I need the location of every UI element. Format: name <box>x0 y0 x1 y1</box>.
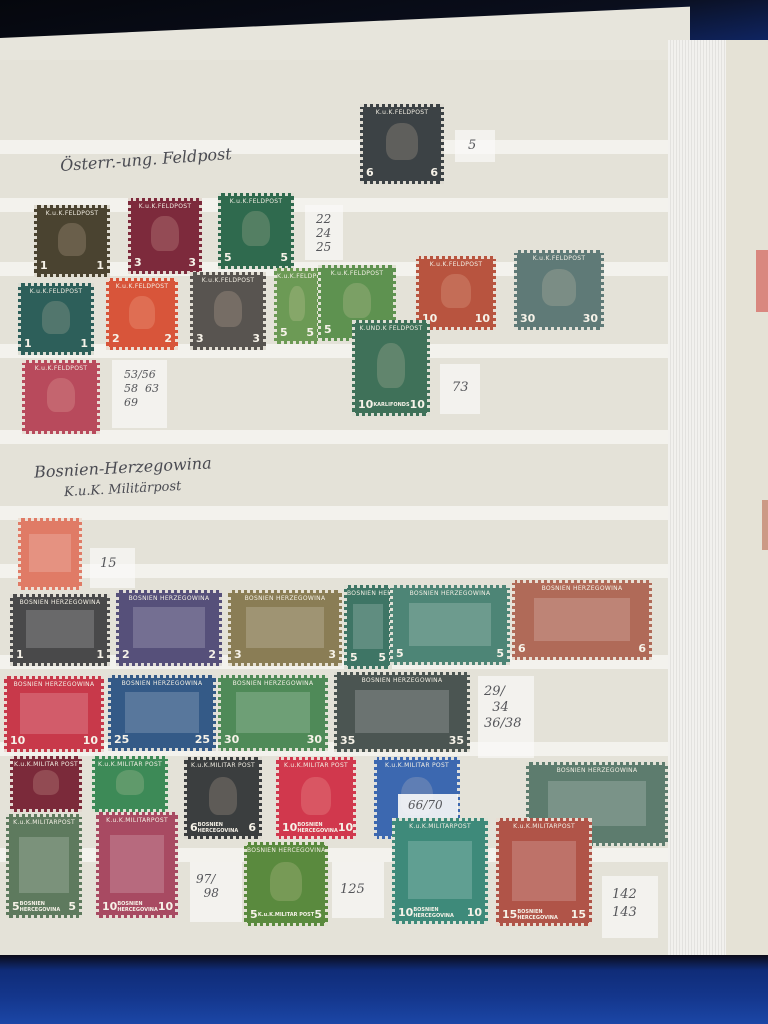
portrait-vignette <box>242 211 270 246</box>
stamp-denomination: 1010 <box>7 734 101 749</box>
stamp-denomination: 33 <box>231 648 339 663</box>
stamp-karl10: K.UND.K FELDPOST10KARLIFONDS10 <box>352 320 430 416</box>
portrait-vignette <box>116 770 144 795</box>
stamp-denomination: 3535 <box>337 734 467 749</box>
stamp-fpk_red: K.u.K.FELDPOST <box>22 360 100 434</box>
stamp-b25: BOSNIEN HERZEGOWINA2525 <box>108 675 216 751</box>
stamp-header: BOSNIEN HERZEGOWINA <box>515 583 649 592</box>
stamp-denomination: 10BOSNIEN HERCEGOVINA10 <box>99 900 175 915</box>
stamp-header: K.u.K.MILITAR POST <box>187 760 259 769</box>
catalog-number: 142 143 <box>612 886 637 922</box>
album-cover-bottom <box>0 955 768 1024</box>
stamp-mil5: K.u.K.MILITARPOST5BOSNIEN HERCEGOVINA5 <box>6 814 82 918</box>
stamp-fpk30: K.u.K.FELDPOST3030 <box>514 250 604 330</box>
stamp-header: K.u.K.FELDPOST <box>131 201 199 210</box>
stamp-header: K.u.K.FELDPOST <box>277 271 317 280</box>
portrait-vignette <box>58 223 86 256</box>
catalog-number: 5 <box>468 138 476 153</box>
stamp-header: K.u.K.FELDPOST <box>321 268 393 277</box>
stamp-header: K.u.K.FELDPOST <box>517 253 601 262</box>
facing-stamp <box>756 250 768 312</box>
landscape-vignette <box>236 692 311 733</box>
pocket-strip <box>0 506 680 520</box>
stamp-denomination: 5K.u.K.MILITAR POST5 <box>247 908 325 923</box>
landscape-vignette <box>353 604 383 649</box>
portrait-vignette <box>129 296 155 329</box>
stamp-header: BOSNIEN HERZEGOWINA <box>7 679 101 688</box>
landscape-vignette <box>110 835 165 893</box>
stamp-header: K.u.K.MILITAR POST <box>279 760 353 769</box>
stamp-b2: BOSNIEN HERZEGOWINA22 <box>116 590 222 666</box>
stamp-denomination: 33 <box>131 256 199 271</box>
portrait-vignette <box>209 777 238 815</box>
landscape-vignette <box>408 841 473 899</box>
stamp-denomination: 55 <box>221 251 291 266</box>
pocket-strip <box>0 140 680 154</box>
stamp-denomination <box>95 807 165 809</box>
stamp-denomination: 55 <box>347 651 389 666</box>
stamp-fpk3: K.u.K.FELDPOST33 <box>190 272 266 350</box>
stamp-mp_a: K.u.K.MILITAR POST <box>10 756 82 812</box>
stamp-fp6: K.u.K.FELDPOST66 <box>360 104 444 184</box>
stamp-denomination: 15BOSNIEN HERCEGOVINA15 <box>499 908 589 923</box>
stamp-header: BOSNIEN HERZEGOWINA <box>111 678 213 687</box>
stamp-denomination: 22 <box>119 648 219 663</box>
catalog-number: 53/56 58 63 69 <box>124 368 159 410</box>
stamp-header: BOSNIEN HERZEGOWINA <box>231 593 339 602</box>
catalog-number: 97/ 98 <box>196 872 219 900</box>
portrait-vignette <box>33 770 59 795</box>
landscape-vignette <box>20 693 88 734</box>
pocket-strip <box>0 430 680 444</box>
portrait-vignette <box>47 378 76 412</box>
stamp-b30: BOSNIEN HERZEGOWINA3030 <box>218 675 328 751</box>
stamp-fp1: K.u.K.FELDPOST11 <box>34 205 110 277</box>
stamp-denomination <box>13 807 79 809</box>
stamp-header: K.u.K.FELDPOST <box>419 259 493 268</box>
stamp-header: BOSNIEN HERZEGOWINA <box>529 765 665 774</box>
stamp-b1: BOSNIEN HERZEGOWINA11 <box>10 594 110 666</box>
stamp-header <box>21 521 79 523</box>
stamp-denomination: 1010 <box>419 312 493 327</box>
stamp-fpk2: K.u.K.FELDPOST22 <box>106 278 178 350</box>
landscape-vignette <box>133 607 205 648</box>
landscape-vignette <box>29 534 71 572</box>
stamp-denomination: 11 <box>21 337 91 352</box>
stamp-header: K.u.K.FELDPOST <box>193 275 263 284</box>
portrait-vignette <box>542 269 576 306</box>
stamp-mp6: K.u.K.MILITAR POST6BOSNIEN HERCEGOVINA6 <box>184 757 262 839</box>
stamp-denomination: 55 <box>277 326 317 341</box>
landscape-vignette <box>512 841 577 900</box>
stamp-b3: BOSNIEN HERZEGOWINA33 <box>228 590 342 666</box>
stamp-denomination: 10KARLIFONDS10 <box>355 398 427 413</box>
stamp-b6: BOSNIEN HERZEGOWINA66 <box>512 580 652 660</box>
stamp-fp3: K.u.K.FELDPOST33 <box>128 198 202 274</box>
catalog-number: 125 <box>340 882 365 897</box>
stamp-denomination: 33 <box>193 332 263 347</box>
portrait-vignette <box>377 343 406 388</box>
stamp-header: K.u.K.FELDPOST <box>109 281 175 290</box>
stamp-header: K.u.K.FELDPOST <box>221 196 291 205</box>
portrait-vignette <box>151 216 178 251</box>
stamp-header: BOSNIEN HERZEGOWINA <box>347 588 389 597</box>
portrait-vignette <box>289 286 305 321</box>
stamp-denomination <box>25 429 97 431</box>
portrait-vignette <box>270 862 301 901</box>
stamp-denomination: 3030 <box>221 733 325 748</box>
stamp-header: K.u.K.MILITAR POST <box>13 759 79 768</box>
stamp-header: BOSNIEN HERCEGOVINA <box>247 845 325 854</box>
landscape-vignette <box>19 837 69 894</box>
stamp-denomination: 2525 <box>111 733 213 748</box>
stamp-b5a: BOSNIEN HERZEGOWINA55 <box>344 585 392 669</box>
portrait-vignette <box>441 274 471 308</box>
stamp-denomination: 22 <box>109 332 175 347</box>
stamp-header: K.u.K.MILITARPOST <box>9 817 79 826</box>
stamp-header: K.u.K.MILITAR POST <box>377 760 457 769</box>
stamp-mil10: K.u.K.MILITARPOST10BOSNIEN HERCEGOVINA10 <box>96 812 178 918</box>
stamp-header: K.u.K.FELDPOST <box>37 208 107 217</box>
stamp-header: BOSNIEN HERZEGOWINA <box>221 678 325 687</box>
portrait-vignette <box>42 301 70 334</box>
stamp-denomination: 55 <box>393 647 507 662</box>
landscape-vignette <box>26 610 94 648</box>
landscape-vignette <box>534 598 630 641</box>
album-binding <box>668 40 726 985</box>
stamp-header: BOSNIEN HERZEGOWINA <box>337 675 467 684</box>
stamp-fpk1: K.u.K.FELDPOST11 <box>18 283 94 355</box>
catalog-number: 73 <box>452 380 469 395</box>
stamp-header: K.u.K.MILITARPOST <box>499 821 589 830</box>
stamp-header: BOSNIEN HERZEGOWINA <box>119 593 219 602</box>
landscape-vignette <box>409 603 491 646</box>
stamp-denomination: 3030 <box>517 312 601 327</box>
portrait-vignette <box>214 291 242 327</box>
stamp-denomination: 6BOSNIEN HERCEGOVINA6 <box>187 821 259 836</box>
stamp-b10: BOSNIEN HERZEGOWINA1010 <box>4 676 104 752</box>
catalog-number: 29/ 34 36/38 <box>484 684 521 732</box>
pocket-strip <box>0 344 680 358</box>
stamp-header: BOSNIEN HERZEGOWINA <box>13 597 107 606</box>
stamp-fpk10: K.u.K.FELDPOST1010 <box>416 256 496 330</box>
stamp-header: K.u.K.MILITARPOST <box>395 821 485 830</box>
stamp-denomination: 10BOSNIEN HERCEGOVINA10 <box>279 821 353 836</box>
portrait-vignette <box>343 283 372 318</box>
stamp-mp_b: K.u.K.MILITAR POST <box>92 756 168 812</box>
stamp-header: K.u.K.FELDPOST <box>25 363 97 372</box>
stamp-mil15: K.u.K.MILITARPOST15BOSNIEN HERCEGOVINA15 <box>496 818 592 926</box>
stamp-b35: BOSNIEN HERZEGOWINA3535 <box>334 672 470 752</box>
stamp-denomination: 11 <box>37 259 107 274</box>
portrait-vignette <box>386 123 417 160</box>
stamp-header: BOSNIEN HERZEGOWINA <box>393 588 507 597</box>
stamp-denomination: 66 <box>363 166 441 181</box>
stamp-denomination: 10BOSNIEN HERCEGOVINA10 <box>395 906 485 921</box>
stamp-b5b: BOSNIEN HERZEGOWINA55 <box>390 585 510 665</box>
stamp-mp10: K.u.K.MILITAR POST10BOSNIEN HERCEGOVINA1… <box>276 757 356 839</box>
stamp-denomination <box>21 585 79 587</box>
catalog-number: 22 24 25 <box>316 212 331 254</box>
stamp-karl5: BOSNIEN HERCEGOVINA5K.u.K.MILITAR POST5 <box>244 842 328 926</box>
landscape-vignette <box>355 690 449 733</box>
facing-page <box>726 40 768 985</box>
stamp-header: K.u.K.MILITAR POST <box>95 759 165 768</box>
stamp-denomination: 11 <box>13 648 107 663</box>
stamp-denomination: 5BOSNIEN HERCEGOVINA5 <box>9 900 79 915</box>
stamp-header: K.UND.K FELDPOST <box>355 323 427 332</box>
stamp-denomination: 66 <box>515 642 649 657</box>
catalog-number: 66/70 <box>408 798 443 813</box>
catalog-number: 15 <box>100 556 117 571</box>
stamp-fpk5a: K.u.K.FELDPOST55 <box>274 268 320 344</box>
stamp-header: K.u.K.FELDPOST <box>363 107 441 116</box>
stamp-header: K.u.K.MILITARPOST <box>99 815 175 824</box>
landscape-vignette <box>246 607 324 648</box>
stamp-mil10b: K.u.K.MILITARPOST10BOSNIEN HERCEGOVINA10 <box>392 818 488 924</box>
stamp-b_arms <box>18 518 82 590</box>
stamp-header: K.u.K.FELDPOST <box>21 286 91 295</box>
stamp-fp5: K.u.K.FELDPOST55 <box>218 193 294 269</box>
landscape-vignette <box>125 692 198 733</box>
facing-stamp <box>762 500 768 550</box>
portrait-vignette <box>301 777 331 815</box>
